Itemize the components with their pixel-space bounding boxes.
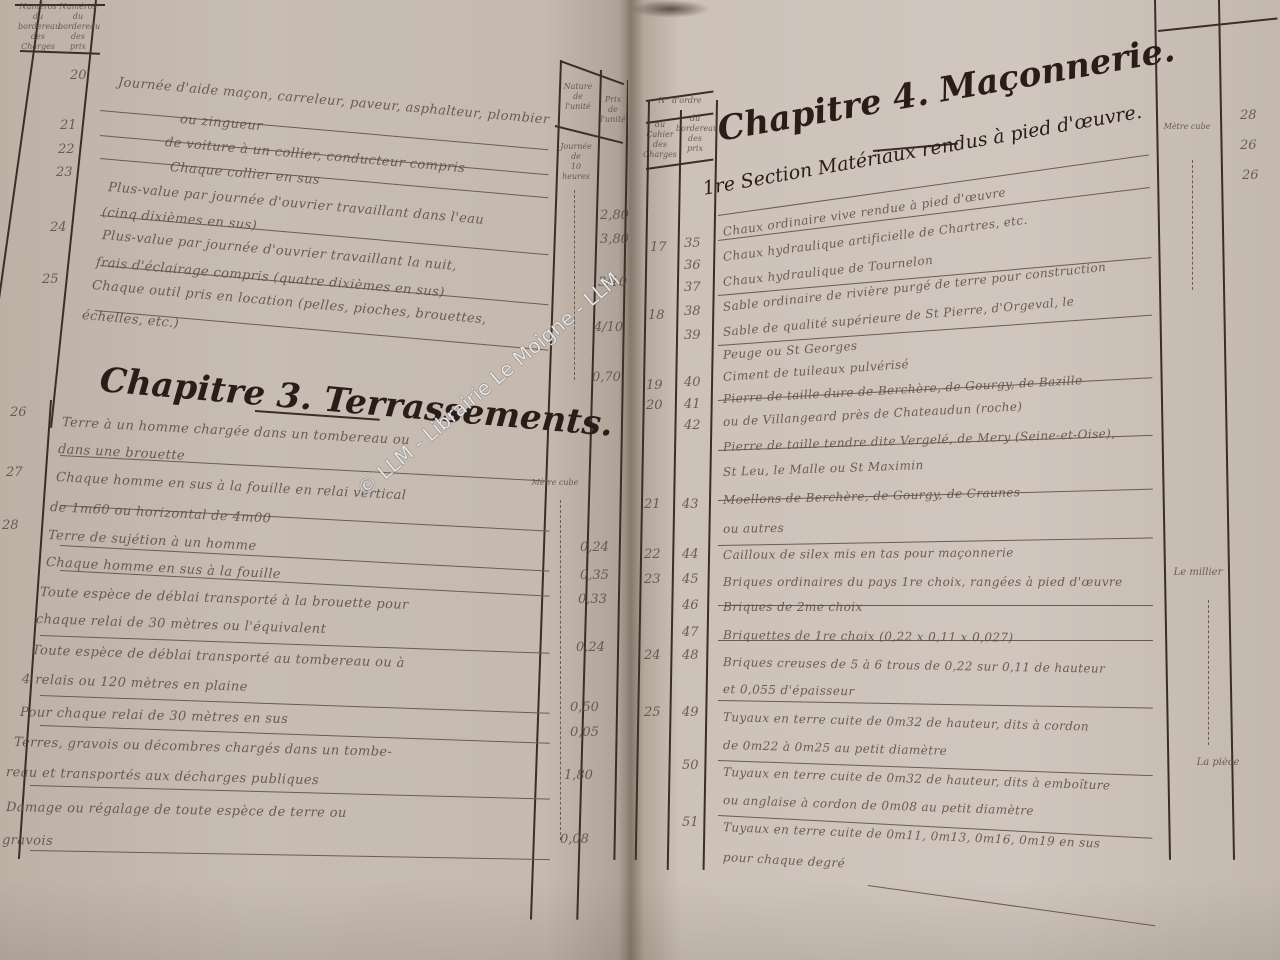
- entry-text: Cailloux de silex mis en tas pour maçonn…: [723, 545, 1014, 562]
- entry-number: 25: [42, 272, 59, 287]
- ditto-mark: [574, 190, 579, 380]
- margin-price: 26: [1240, 138, 1257, 153]
- entry-text: Tuyaux en terre cuite de 0m32 de hauteur…: [723, 765, 1111, 793]
- prix-number: 39: [684, 328, 701, 343]
- entry-text: pour chaque degré: [723, 850, 846, 870]
- entry-text: de 1m60 ou horizontal de 4m00: [50, 500, 272, 527]
- price: 0,35: [580, 568, 609, 583]
- prix-number: 40: [684, 375, 701, 390]
- entry-text: ou de Villangeard près de Chateaudun (ro…: [723, 399, 1023, 429]
- entry-text: Pierre de taille tendre dite Vergelé, de…: [723, 426, 1116, 454]
- margin-price: 26: [1242, 168, 1259, 183]
- price: 0,24: [576, 640, 605, 655]
- right-page: N° d'ordre du Cahier des Charges du bord…: [628, 0, 1280, 960]
- entry-text: Briquettes de 1re choix (0,22 x 0,11 x 0…: [723, 628, 1014, 645]
- price: 0,50: [570, 700, 599, 715]
- entry-text: et 0,055 d'épaisseur: [723, 682, 855, 698]
- charges-number: 24: [644, 648, 661, 663]
- entry-number: 24: [50, 220, 67, 235]
- price: 0,70: [592, 370, 621, 385]
- prix-number: 50: [682, 758, 699, 773]
- price: 0,24: [580, 540, 609, 555]
- column-rule: [703, 100, 718, 870]
- prix-number: 41: [684, 397, 701, 412]
- chapter-4-title: Chapitre 4. Maçonnerie.: [715, 30, 1178, 150]
- entry-text: Chaque collier en sus: [169, 160, 320, 188]
- entry-number: 26: [10, 405, 27, 420]
- entry-text: Pour chaque relai de 30 mètres en sus: [20, 705, 289, 727]
- book-spine-shadow: [630, 0, 710, 18]
- entry-text: 4 relais ou 120 mètres en plaine: [22, 672, 248, 695]
- charges-number: 21: [644, 497, 661, 512]
- entry-text: Chaque homme en sus à la fouille en rela…: [56, 470, 407, 503]
- price: 1,80: [564, 768, 593, 783]
- open-ledger-photo: Numéros du bordereau des Charges Numéros…: [0, 0, 1280, 960]
- header-col-prix: du bordereau des prix: [676, 114, 714, 154]
- entry-number: 20: [70, 68, 87, 83]
- entry-text: St Leu, le Malle ou St Maximin: [723, 458, 924, 479]
- prix-number: 37: [684, 280, 701, 295]
- column-rule: [530, 60, 562, 920]
- entry-text: Terres, gravois ou décombres chargés dan…: [14, 735, 393, 760]
- column-rule: [1218, 0, 1235, 860]
- column-rule: [50, 0, 97, 428]
- charges-number: 17: [650, 240, 667, 255]
- charges-number: 20: [646, 398, 663, 413]
- prix-number: 51: [682, 815, 699, 830]
- entry-number: 27: [6, 465, 23, 480]
- entry-text: Briques de 2me choix: [723, 600, 863, 614]
- entry-text: Damage ou régalage de toute espèce de te…: [6, 800, 347, 821]
- prix-number: 46: [682, 598, 699, 613]
- charges-number: 19: [646, 378, 663, 393]
- margin-unit: La pièce: [1188, 758, 1248, 768]
- prix-number: 36: [684, 258, 701, 273]
- entry-text: Tuyaux en terre cuite de 0m32 de hauteur…: [723, 710, 1089, 734]
- entry-text: Toute espèce de déblai transporté au tom…: [32, 643, 405, 671]
- entry-text: de 0m22 à 0m25 au petit diamètre: [723, 738, 947, 758]
- ruled-line: [30, 850, 550, 860]
- header-col-charges: Numéros du bordereau des Charges: [18, 2, 58, 52]
- column-rule: [576, 70, 601, 920]
- page-shadow: [0, 880, 1280, 960]
- entry-text: échelles, etc.): [81, 308, 179, 331]
- prix-number: 44: [682, 547, 699, 562]
- ruled-line: [718, 537, 1153, 546]
- entry-text: ou zingueur: [179, 112, 263, 134]
- entry-number: 23: [56, 165, 73, 180]
- prix-number: 42: [684, 418, 701, 433]
- book-gutter: [618, 0, 644, 960]
- prix-number: 35: [684, 236, 701, 251]
- entry-text: dans une brouette: [58, 442, 186, 464]
- entry-text: Peuge ou St Georges: [723, 339, 858, 362]
- entry-text: gravois: [2, 833, 53, 849]
- charges-number: 23: [644, 572, 661, 587]
- left-page: Numéros du bordereau des Charges Numéros…: [0, 0, 640, 960]
- entry-text: Briques ordinaires du pays 1re choix, ra…: [723, 575, 1123, 589]
- prix-number: 45: [682, 572, 699, 587]
- prix-number: 43: [682, 497, 699, 512]
- header-group: N° d'ordre: [650, 96, 710, 106]
- header-rule: [555, 125, 623, 143]
- prix-number: 47: [682, 625, 699, 640]
- ditto-mark: [1208, 600, 1213, 745]
- margin-unit: Le millier: [1168, 568, 1228, 578]
- ditto-mark: [1192, 160, 1197, 290]
- prix-number: 38: [684, 304, 701, 319]
- entry-text: Chaque homme en sus à la fouille: [46, 555, 282, 582]
- entry-text: ou anglaise à cordon de 0m08 au petit di…: [723, 793, 1034, 818]
- charges-number: 22: [644, 547, 661, 562]
- entry-text: Briques creuses de 5 à 6 trous de 0,22 s…: [723, 655, 1105, 676]
- charges-number: 25: [644, 705, 661, 720]
- margin-price: 28: [1240, 108, 1257, 123]
- header-unit: Nature de l'unité: [560, 82, 596, 112]
- entry-text: Moellons de Berchère, de Gourgy, de Crau…: [723, 485, 1021, 507]
- header-col-prix: Numéros du bordereau des prix: [58, 2, 98, 52]
- entry-text: Toute espèce de déblai transporté à la b…: [40, 585, 409, 613]
- price: 0,08: [560, 832, 589, 847]
- prix-number: 49: [682, 705, 699, 720]
- ditto-mark: [560, 500, 565, 840]
- entry-text: Ciment de tuileaux pulvérisé: [723, 357, 910, 384]
- entry-number: 21: [60, 118, 77, 133]
- price: 0,33: [578, 592, 607, 607]
- entry-number: 22: [58, 142, 75, 157]
- entry-text: chaque relai de 30 mètres ou l'équivalen…: [36, 612, 327, 637]
- charges-number: 18: [648, 308, 665, 323]
- column-rule: [667, 110, 682, 870]
- entry-number: 28: [2, 518, 19, 533]
- price: 0,05: [570, 725, 599, 740]
- margin-unit: Mètre cube: [1158, 122, 1216, 132]
- ruled-line: [718, 700, 1153, 709]
- prix-number: 48: [682, 648, 699, 663]
- unit-day: Journée de 10 heures: [556, 142, 596, 182]
- entry-text: ou autres: [723, 521, 784, 536]
